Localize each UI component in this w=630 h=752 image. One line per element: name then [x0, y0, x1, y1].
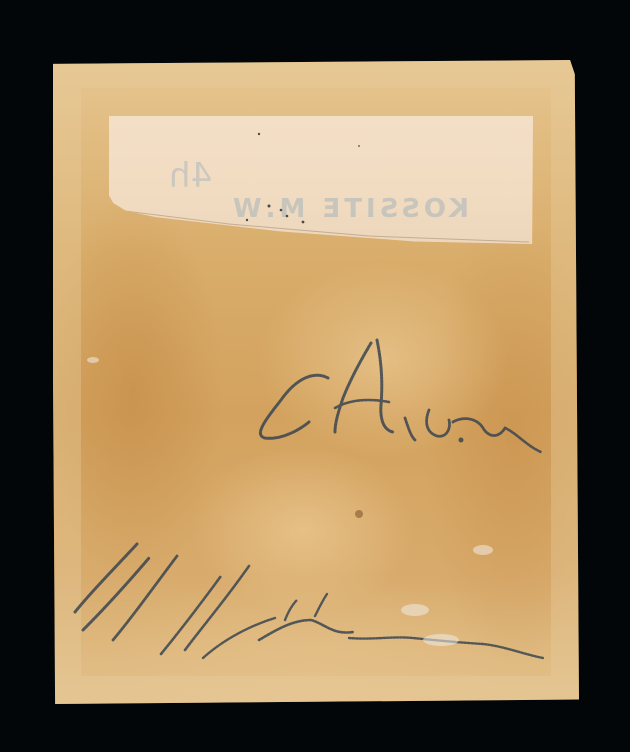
- hinge-offset-mark: 4h: [169, 156, 212, 196]
- hinge-offset-text: KOSSITE M.W: [229, 194, 469, 224]
- stamp-hinge: 4h KOSSITE M.W: [109, 116, 533, 244]
- stamp-back: 4h KOSSITE M.W: [53, 60, 579, 704]
